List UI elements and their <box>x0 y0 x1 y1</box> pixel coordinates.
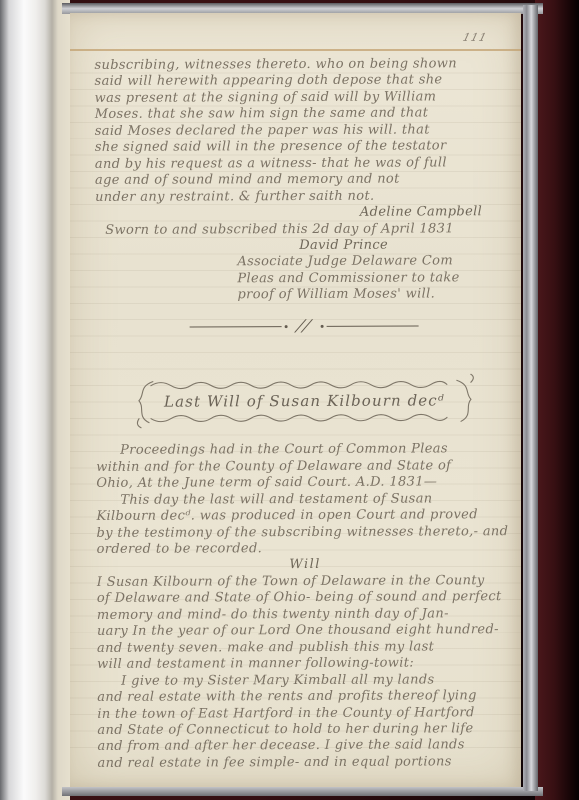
paragraph-line: of Delaware and State of Ohio- being of … <box>97 589 514 607</box>
page-content: subscribing, witnesses thereto. who on b… <box>94 56 514 772</box>
book-photograph: 111 subscribing, witnesses thereto. who … <box>0 0 579 800</box>
paragraph-line: Proceedings had in the Court of Common P… <box>96 441 513 459</box>
paragraph-line: subscribing, witnesses thereto. who on b… <box>94 56 511 74</box>
will-heading: Will <box>97 557 514 575</box>
officer-title-line: Associate Judge Delaware Com <box>95 254 512 272</box>
will-title: Last Will of Susan Kilbourn decᵈ <box>126 373 482 429</box>
record-book-page: 111 subscribing, witnesses thereto. who … <box>70 13 521 787</box>
page-stack-edge-bottom <box>62 787 543 796</box>
paragraph-line: in the town of East Hartford in the Coun… <box>97 705 514 723</box>
paragraph-line: and from and after her decease. I give t… <box>97 737 514 755</box>
paragraph-line: said Moses declared the paper was his wi… <box>95 122 512 140</box>
page-number: 111 <box>461 31 488 44</box>
paragraph-line: I Susan Kilbourn of the Town of Delaware… <box>97 573 514 591</box>
page-stack-edge-right <box>523 5 538 791</box>
paragraph-line: age and of sound mind and memory and not <box>95 171 512 189</box>
paragraph-line: uary In the year of our Lord One thousan… <box>97 622 514 640</box>
paragraph-line: and twenty seven. make and publish this … <box>97 639 514 657</box>
paragraph-line: will and testament in manner following-t… <box>97 655 514 673</box>
paragraph-line: within and for the County of Delaware an… <box>96 458 513 476</box>
paragraph-line: Ohio, At the June term of said Court. A.… <box>96 474 513 492</box>
paragraph-line: Moses. that she saw him sign the same an… <box>95 105 512 123</box>
left-page-edge <box>0 0 70 800</box>
divider-flourish-right <box>327 325 419 326</box>
paragraph-line: and by his request as a witness- that he… <box>95 155 512 173</box>
paragraph-line: was present at the signing of said will … <box>95 89 512 107</box>
officer-signature: David Prince <box>95 237 512 255</box>
paragraph-line: and real estate in fee simple- and in eq… <box>97 754 514 772</box>
officer-title-line: proof of William Moses' will. <box>95 286 512 304</box>
section-divider: // <box>96 317 513 335</box>
divider-flourish-left <box>190 326 282 327</box>
will-title-box: Last Will of Susan Kilbourn decᵈ <box>126 373 482 429</box>
kilbourn-proceedings-paragraph: Proceedings had in the Court of Common P… <box>96 441 513 558</box>
paragraph-line: and State of Connecticut to hold to her … <box>97 721 514 739</box>
paragraph-line: she signed said will in the presence of … <box>95 138 512 156</box>
paragraph-line: and real estate with the rents and profi… <box>97 688 514 706</box>
paragraph-line: Kilbourn decᵈ. was produced in open Cour… <box>96 507 513 525</box>
paragraph-line: by the testimony of the subscribing witn… <box>96 524 513 542</box>
paragraph-line: said will herewith appearing doth depose… <box>95 73 512 91</box>
book-cover-right <box>535 0 579 800</box>
divider-slash-mark: // <box>295 318 314 335</box>
header-rule <box>70 49 521 51</box>
witness-signature: Adeline Campbell <box>95 204 512 222</box>
paragraph-line: ordered to be recorded. <box>97 540 514 558</box>
jurat-line: Sworn to and subscribed this 2d day of A… <box>95 221 512 239</box>
moses-probate-paragraph: subscribing, witnesses thereto. who on b… <box>94 56 512 305</box>
paragraph-line: memory and mind- do this twenty ninth da… <box>97 606 514 624</box>
paragraph-line: under any restraint. & further saith not… <box>95 188 512 206</box>
kilbourn-will-body: I Susan Kilbourn of the Town of Delaware… <box>97 573 515 772</box>
paragraph-line: This day the last will and testament of … <box>96 491 513 509</box>
officer-title-line: Pleas and Commissioner to take <box>95 270 512 288</box>
paragraph-line: I give to my Sister Mary Kimball all my … <box>97 672 514 690</box>
